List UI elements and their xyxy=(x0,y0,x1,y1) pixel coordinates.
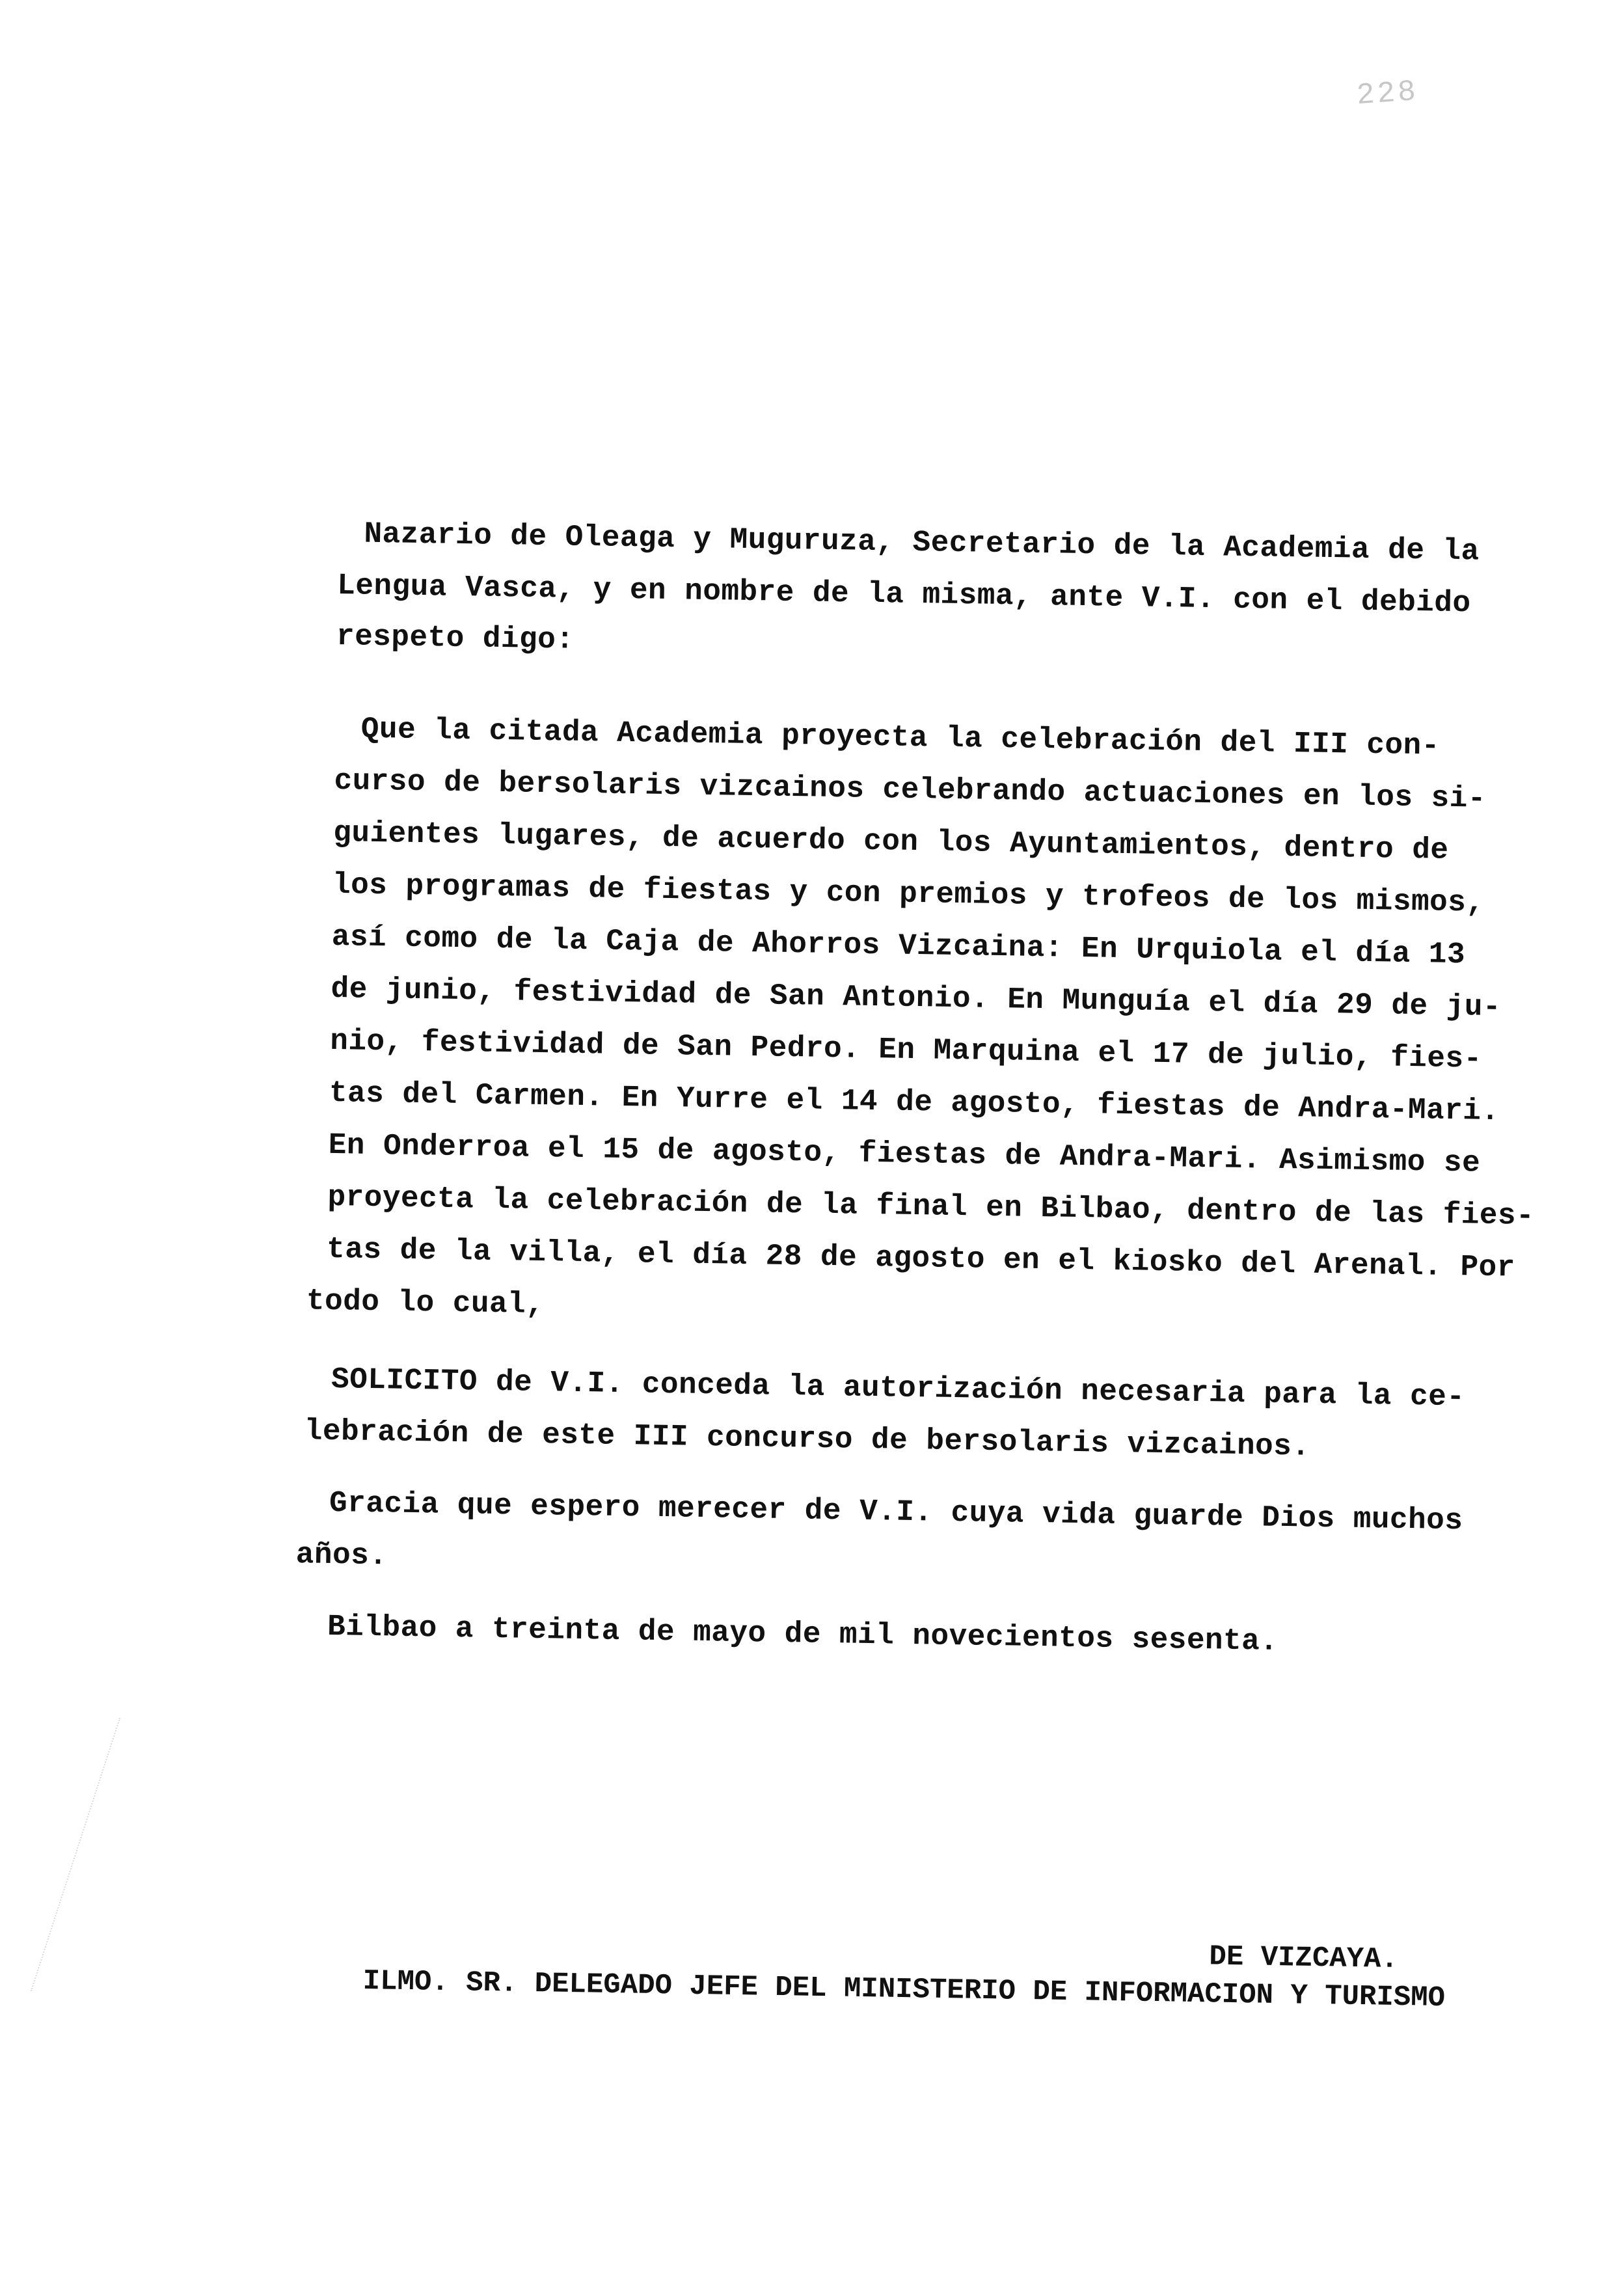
text-line: proyecta la celebración de la final en B… xyxy=(327,1178,1535,1236)
text-line: tas de la villa, el día 28 de agosto en … xyxy=(327,1230,1516,1288)
text-line: de junio, festividad de San Antonio. En … xyxy=(331,970,1501,1027)
text-line: años. xyxy=(295,1535,387,1575)
text-line: nio, festividad de San Pedro. En Marquin… xyxy=(330,1022,1482,1079)
folio-number: 228 xyxy=(1355,75,1419,113)
text-line: Nazario de Oleaga y Muguruza, Secretario… xyxy=(364,515,1480,571)
date-line: Bilbao a treinta de mayo de mil novecien… xyxy=(327,1607,1279,1661)
text-line: respeto digo: xyxy=(336,617,575,660)
document-page: 228 Nazario de Oleaga y Muguruza, Secret… xyxy=(0,0,1624,2282)
text-line: Que la citada Academia proyecta la celeb… xyxy=(360,710,1440,766)
text-line: los programas de fiestas y con premios y… xyxy=(332,865,1485,923)
letter-body: Nazario de Oleaga y Muguruza, Secretario… xyxy=(338,514,1614,534)
scan-artifact xyxy=(31,1718,224,1991)
text-line: guientes lugares, de acuerdo con los Ayu… xyxy=(333,813,1449,870)
text-line: SOLICITO de V.I. conceda la autorización… xyxy=(331,1360,1465,1417)
text-line: Gracia que espero merecer de V.I. cuya v… xyxy=(329,1484,1463,1540)
text-line: curso de bersolaris vizcainos celebrando… xyxy=(334,761,1486,819)
text-line: En Onderroa el 15 de agosto, fiestas de … xyxy=(328,1126,1480,1183)
addressee-line-2: DE VIZCAYA. xyxy=(1209,1938,1398,1979)
text-line: tas del Carmen. En Yurre el 14 de agosto… xyxy=(329,1074,1500,1131)
text-line: Lengua Vasca, y en nombre de la misma, a… xyxy=(337,566,1471,623)
text-line: así como de la Caja de Ahorros Vizcaina:… xyxy=(331,917,1465,974)
addressee-block: ILMO. SR. DELEGADO JEFE DEL MINISTERIO D… xyxy=(361,1887,1447,2130)
text-line: lebración de este III concurso de bersol… xyxy=(304,1411,1310,1466)
text-line: todo lo cual, xyxy=(306,1281,545,1324)
